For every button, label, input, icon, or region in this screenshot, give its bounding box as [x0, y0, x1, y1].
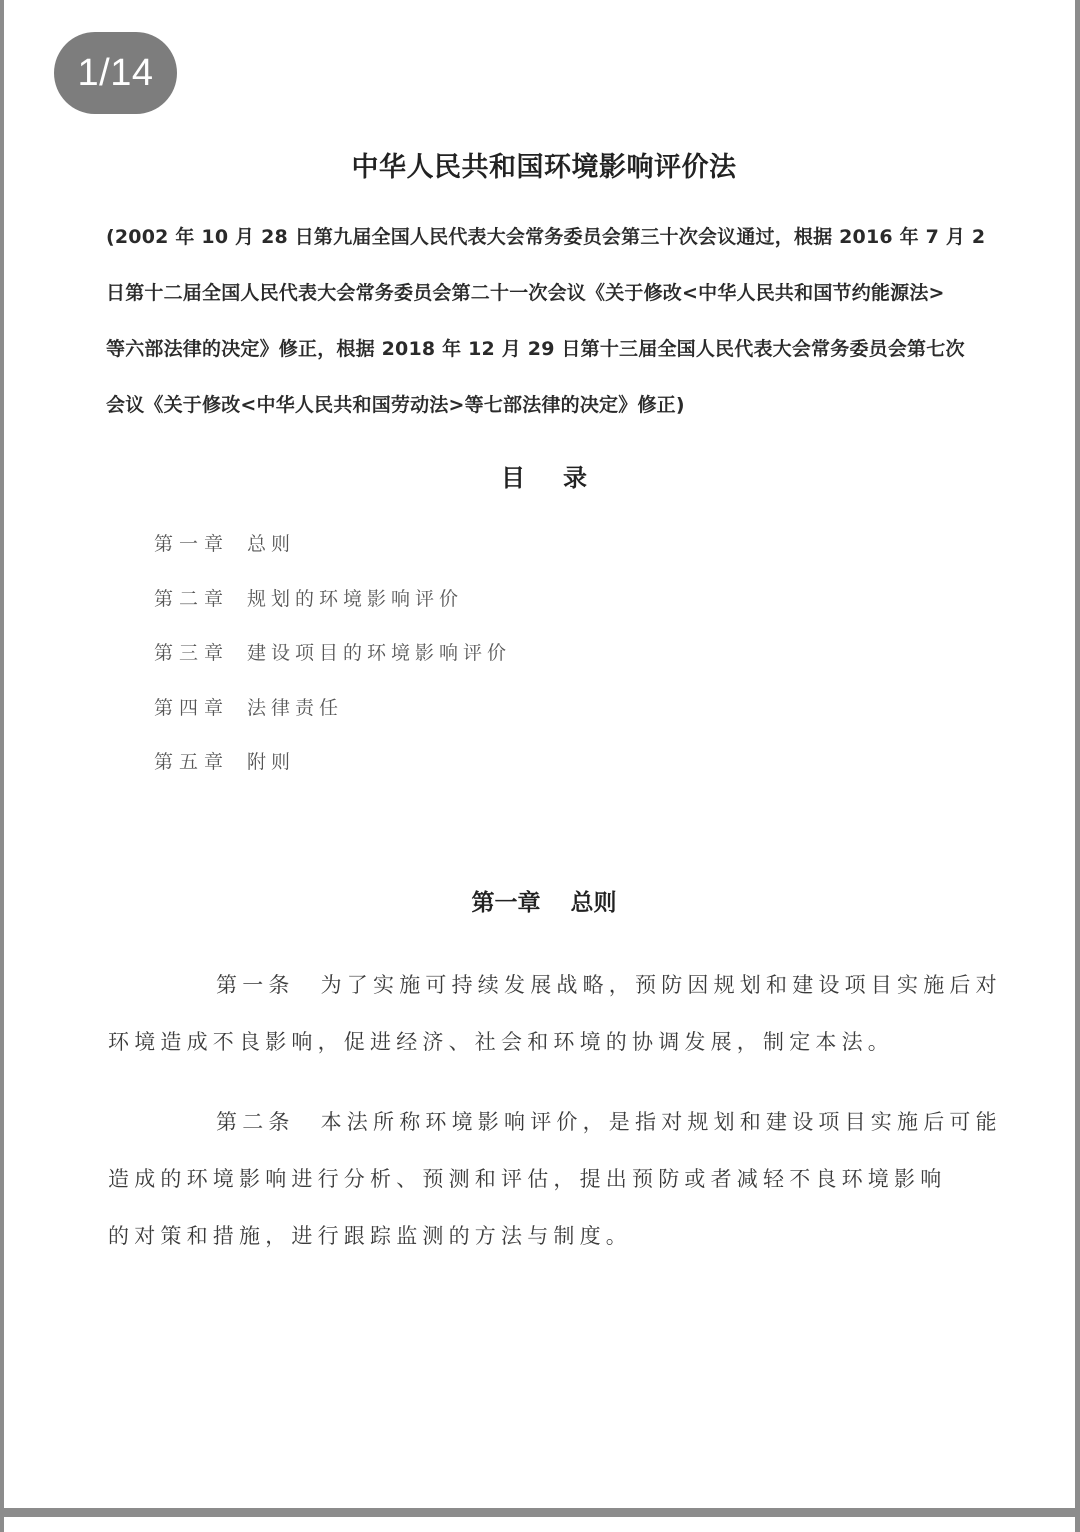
- document-title: 中华人民共和国环境影响评价法: [4, 145, 1080, 184]
- toc-item: 第三章建设项目的环境影响评价: [154, 636, 511, 691]
- toc-chapter-number: 第三章: [154, 636, 247, 670]
- pdf-page-1[interactable]: 中华人民共和国环境影响评价法 (2002 年 10 月 28 日第九届全国人民代…: [4, 0, 1075, 1508]
- toc-chapter-name: 建设项目的环境影响评价: [247, 642, 511, 664]
- toc-item: 第二章规划的环境影响评价: [154, 582, 511, 637]
- chapter-number: 第一章: [472, 890, 541, 916]
- toc-chapter-number: 第五章: [154, 745, 247, 779]
- preamble-line: (2002 年 10 月 28 日第九届全国人民代表大会常务委员会第三十次会议通…: [106, 220, 986, 276]
- toc-title-part: 录: [563, 458, 587, 493]
- preamble: (2002 年 10 月 28 日第九届全国人民代表大会常务委员会第三十次会议通…: [106, 220, 986, 444]
- preamble-line: 日第十二届全国人民代表大会常务委员会第二十一次会议《关于修改<中华人民共和国节约…: [106, 276, 986, 332]
- toc-item: 第五章附则: [154, 745, 511, 800]
- article-2: 第二条本法所称环境影响评价，是指对规划和建设项目实施后可能 造成的环境影响进行分…: [108, 1105, 968, 1276]
- table-of-contents: 第一章总则 第二章规划的环境影响评价 第三章建设项目的环境影响评价 第四章法律责…: [154, 527, 511, 800]
- toc-chapter-number: 第四章: [154, 691, 247, 725]
- article-line: 第一条为了实施可持续发展战略，预防因规划和建设项目实施后对: [108, 968, 968, 1025]
- chapter-heading: 第一章总则: [4, 884, 1080, 917]
- preamble-line: 会议《关于修改<中华人民共和国劳动法>等七部法律的决定》修正): [106, 388, 986, 444]
- toc-title-part: 目: [501, 458, 525, 493]
- preamble-line: 等六部法律的决定》修正，根据 2018 年 12 月 29 日第十三届全国人民代…: [106, 332, 986, 388]
- toc-item: 第一章总则: [154, 527, 511, 582]
- toc-chapter-number: 第一章: [154, 527, 247, 561]
- toc-chapter-name: 法律责任: [247, 697, 343, 719]
- article-line: 第二条本法所称环境影响评价，是指对规划和建设项目实施后可能: [108, 1105, 968, 1162]
- viewer-frame-right: [1075, 0, 1080, 1532]
- toc-title: 目录: [4, 458, 1080, 493]
- article-text: 本法所称环境影响评价，是指对规划和建设项目实施后可能: [321, 1110, 1002, 1134]
- toc-chapter-name: 总则: [247, 533, 295, 555]
- viewer-frame-left: [0, 0, 4, 1532]
- toc-chapter-name: 规划的环境影响评价: [247, 588, 463, 610]
- article-line: 环境造成不良影响，促进经济、社会和环境的协调发展，制定本法。: [108, 1025, 968, 1082]
- pdf-page-2[interactable]: [4, 1517, 1075, 1532]
- article-number: 第一条: [162, 968, 295, 1002]
- article-line: 造成的环境影响进行分析、预测和评估，提出预防或者减轻不良环境影响: [108, 1162, 968, 1219]
- article-1: 第一条为了实施可持续发展战略，预防因规划和建设项目实施后对 环境造成不良影响，促…: [108, 968, 968, 1082]
- page-separator: [0, 1508, 1080, 1517]
- article-text: 为了实施可持续发展战略，预防因规划和建设项目实施后对: [321, 973, 1002, 997]
- toc-chapter-name: 附则: [247, 751, 295, 773]
- article-line: 的对策和措施，进行跟踪监测的方法与制度。: [108, 1219, 968, 1276]
- toc-item: 第四章法律责任: [154, 691, 511, 746]
- page-indicator-badge: 1/14: [54, 32, 177, 114]
- article-number: 第二条: [162, 1105, 295, 1139]
- chapter-name: 总则: [571, 890, 617, 916]
- document-viewer[interactable]: 中华人民共和国环境影响评价法 (2002 年 10 月 28 日第九届全国人民代…: [0, 0, 1080, 1532]
- toc-chapter-number: 第二章: [154, 582, 247, 616]
